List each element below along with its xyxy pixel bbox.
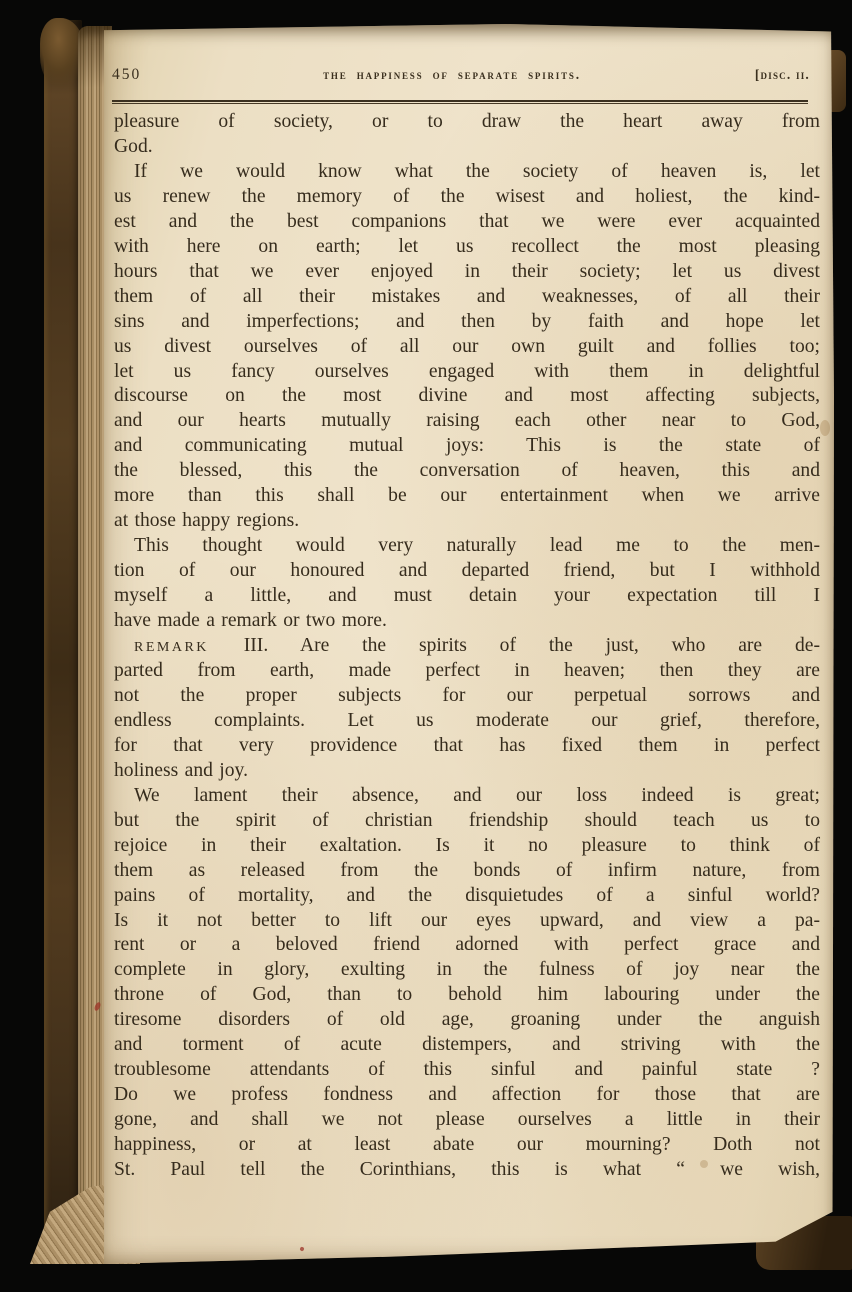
text-line: Remark III. Are the spirits of the just,… — [114, 634, 820, 659]
running-head: 450 THE HAPPINESS OF SEPARATE SPIRITS. [… — [112, 66, 810, 84]
text-line: discourse on the most divine and most af… — [114, 384, 820, 409]
text-line: the blessed, this the conversation of he… — [114, 459, 820, 484]
foxing-spot — [700, 1160, 708, 1168]
text-line: tiresome disorders of old age, groaning … — [114, 1008, 820, 1033]
smallcaps-word: Remark — [134, 635, 209, 656]
text-line: tion of our honoured and departed friend… — [114, 559, 820, 584]
text-line: sins and imperfections; and then by fait… — [114, 310, 820, 335]
text-line: us divest ourselves of all our own guilt… — [114, 335, 820, 360]
text-line: God. — [114, 135, 820, 160]
text-line: parted from earth, made perfect in heave… — [114, 659, 820, 684]
text-line: at those happy regions. — [114, 509, 820, 534]
paragraph: Remark III. Are the spirits of the just,… — [114, 634, 820, 784]
paragraph: pleasure of society, or to draw the hear… — [114, 110, 820, 160]
text-line: us renew the memory of the wisest and ho… — [114, 185, 820, 210]
text-line: This thought would very naturally lead m… — [114, 534, 820, 559]
scan-background: 450 THE HAPPINESS OF SEPARATE SPIRITS. [… — [0, 0, 852, 1292]
paragraph: We lament their absence, and our loss in… — [114, 784, 820, 1183]
double-rule — [112, 100, 808, 104]
body-text: pleasure of society, or to draw the hear… — [114, 110, 820, 1183]
text-line: throne of God, than to behold him labour… — [114, 983, 820, 1008]
paragraph: This thought would very naturally lead m… — [114, 534, 820, 634]
text-line: est and the best companions that we were… — [114, 210, 820, 235]
book-board-edge — [44, 20, 82, 1264]
paragraph: If we would know what the society of hea… — [114, 160, 820, 534]
text-line: pains of mortality, and the disquietudes… — [114, 884, 820, 909]
section-reference: [DISC. II. — [700, 67, 810, 83]
text-line: gone, and shall we not please ourselves … — [114, 1108, 820, 1133]
text-line: hours that we ever enjoyed in their soci… — [114, 260, 820, 285]
text-line: them of all their mistakes and weaknesse… — [114, 285, 820, 310]
text-line: We lament their absence, and our loss in… — [114, 784, 820, 809]
text-line: endless complaints. Let us moderate our … — [114, 709, 820, 734]
text-line: holiness and joy. — [114, 759, 820, 784]
text-line: rejoice in their exaltation. Is it no pl… — [114, 834, 820, 859]
book-page: 450 THE HAPPINESS OF SEPARATE SPIRITS. [… — [104, 24, 834, 1264]
text-line: and our hearts mutually raising each oth… — [114, 409, 820, 434]
text-line: and torment of acute distempers, and str… — [114, 1033, 820, 1058]
text-line: more than this shall be our entertainmen… — [114, 484, 820, 509]
running-title: THE HAPPINESS OF SEPARATE SPIRITS. — [204, 67, 700, 83]
text-line: troublesome attendants of this sinful an… — [114, 1058, 820, 1083]
page-number: 450 — [112, 66, 204, 84]
text-line: complete in glory, exulting in the fulne… — [114, 958, 820, 983]
text-line: not the proper subjects for our perpetua… — [114, 684, 820, 709]
text-line: Is it not better to lift our eyes upward… — [114, 909, 820, 934]
text-line: but the spirit of christian friendship s… — [114, 809, 820, 834]
text-line: for that very providence that has fixed … — [114, 734, 820, 759]
text-line: Do we profess fondness and affection for… — [114, 1083, 820, 1108]
text-line: myself a little, and must detain your ex… — [114, 584, 820, 609]
text-line: and communicating mutual joys: This is t… — [114, 434, 820, 459]
text-line: St. Paul tell the Corinthians, this is w… — [114, 1158, 820, 1183]
text-line: pleasure of society, or to draw the hear… — [114, 110, 820, 135]
text-line: rent or a beloved friend adorned with pe… — [114, 933, 820, 958]
text-line: with here on earth; let us recollect the… — [114, 235, 820, 260]
text-line: happiness, or at least abate our mournin… — [114, 1133, 820, 1158]
foxing-spot — [820, 420, 830, 436]
text-line: If we would know what the society of hea… — [114, 160, 820, 185]
text-line: them as released from the bonds of infir… — [114, 859, 820, 884]
text-line: let us fancy ourselves engaged with them… — [114, 360, 820, 385]
text-line: have made a remark or two more. — [114, 609, 820, 634]
